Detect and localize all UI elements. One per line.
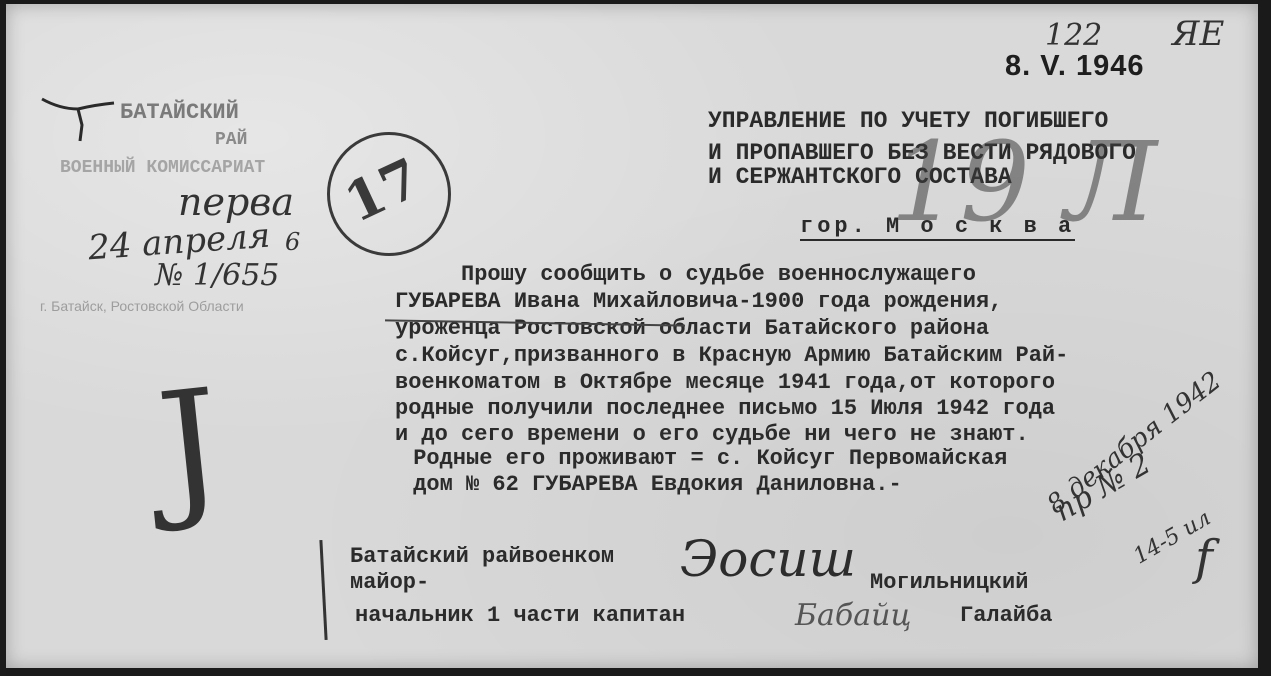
handwritten-number-top: 122 bbox=[1045, 18, 1102, 53]
handwritten-right-mark: f bbox=[1195, 530, 1213, 586]
signature-line-1: Батайский райвоенком bbox=[350, 544, 614, 569]
body-line-4: с.Койсуг,призванного в Красную Армию Бат… bbox=[395, 343, 1068, 368]
handwritten-number: № 1/655 bbox=[155, 258, 279, 293]
body-line-3: уроженца Ростовской области Батайского р… bbox=[395, 316, 989, 341]
paper-tear-icon bbox=[40, 95, 120, 155]
signature-line-2: майор- bbox=[350, 570, 429, 595]
signature-name-1: Могильницкий bbox=[870, 570, 1028, 595]
body-line-5: военкоматом в Октябре месяце 1941 года,о… bbox=[395, 370, 1055, 395]
handwritten-initials-top: ЯЕ bbox=[1172, 14, 1224, 54]
body-line-8: Родные его проживают = с. Койсуг Первома… bbox=[400, 446, 1007, 471]
handwritten-signature-2: Бабайц bbox=[795, 598, 911, 633]
body-line-1: Прошу сообщить о судьбе военнослужащего bbox=[395, 262, 976, 287]
handwritten-signature-1: Эосиш bbox=[680, 530, 856, 588]
body-line-7: и до сего времени о его судьбе ни чего н… bbox=[395, 422, 1029, 447]
stamp-header-place: г. Батайск, Ростовской Области bbox=[40, 298, 244, 314]
stamp-header-line-2: РАЙ bbox=[215, 130, 247, 150]
signature-name-2: Галайба bbox=[960, 603, 1052, 628]
stamp-header-line-3: ВОЕННЫЙ КОМИССАРИАТ bbox=[60, 158, 265, 178]
handwritten-suffix: 6 bbox=[285, 228, 300, 256]
handwritten-overlay: 19 Л bbox=[890, 118, 1157, 246]
signature-line-3: начальник 1 части капитан bbox=[355, 603, 685, 628]
body-line-9: дом № 62 ГУБАРЕВА Евдокия Даниловна.- bbox=[400, 472, 902, 497]
body-line-2: ГУБАРЕВА Ивана Михайловича-1900 года рож… bbox=[395, 289, 1002, 314]
body-line-6: родные получили последнее письмо 15 Июля… bbox=[395, 396, 1055, 421]
stamp-header-line-1: БАТАЙСКИЙ bbox=[120, 100, 239, 125]
document-date: 8. V. 1946 bbox=[1005, 50, 1145, 83]
